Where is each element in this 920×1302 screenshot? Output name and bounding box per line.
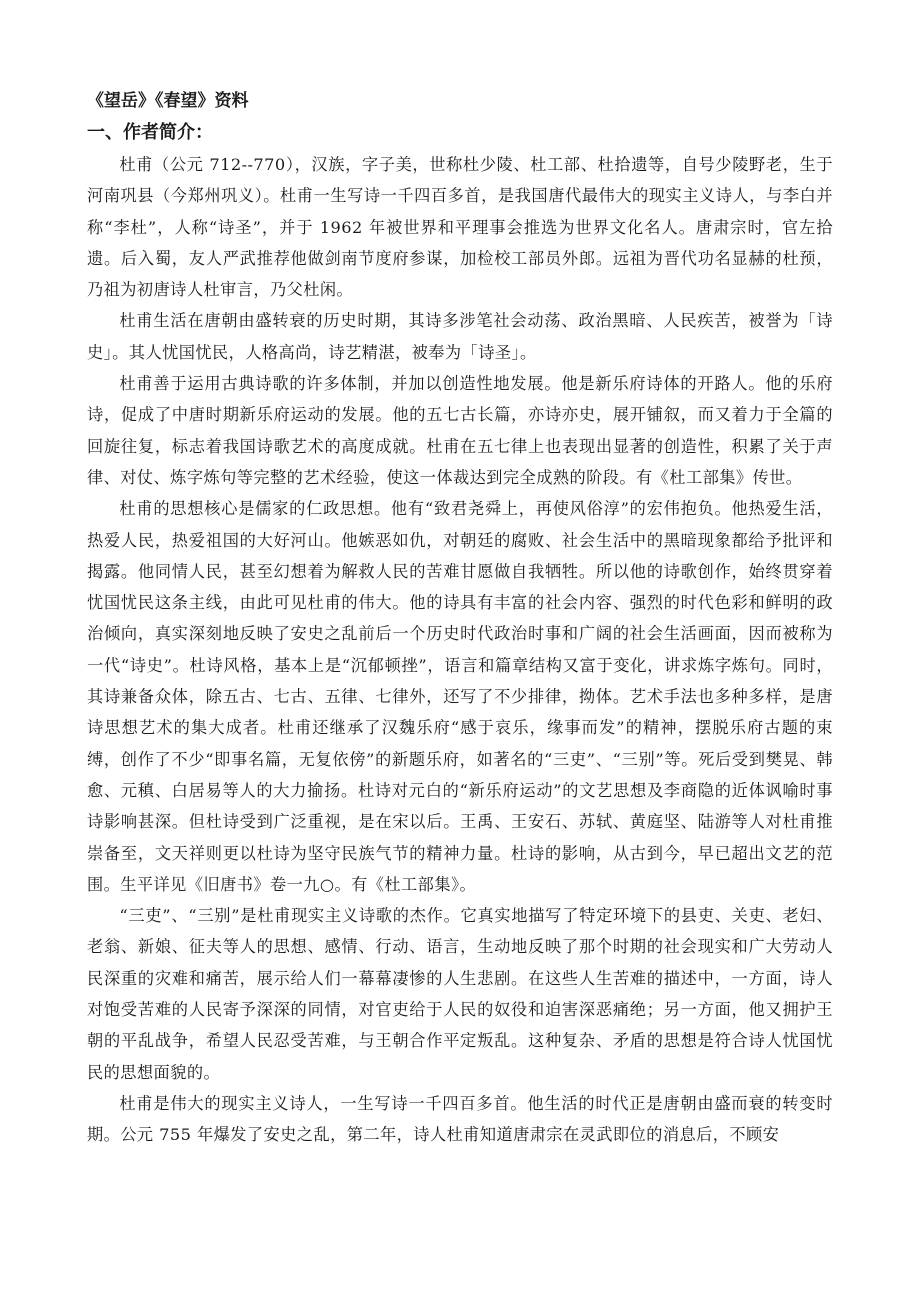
paragraph-realist-poet: 杜甫是伟大的现实主义诗人，一生写诗一千四百多首。他生活的时代正是唐朝由盛而衰的转…	[87, 1088, 833, 1151]
paragraph-historical-period: 杜甫生活在唐朝由盛转衰的历史时期，其诗多涉笔社会动荡、政治黑暗、人民疾苦，被誉为…	[87, 305, 833, 368]
paragraph-biography: 杜甫（公元 712--770），汉族，字子美，世称杜少陵、杜工部、杜拾遗等，自号…	[87, 149, 833, 305]
paragraph-poetic-forms: 杜甫善于运用古典诗歌的许多体制，并加以创造性地发展。他是新乐府诗体的开路人。他的…	[87, 368, 833, 493]
section-heading-author-intro: 一、作者简介：	[87, 119, 833, 147]
document-page: 《望岳》《春望》资料 一、作者简介： 杜甫（公元 712--770），汉族，字子…	[87, 88, 833, 1151]
document-title: 《望岳》《春望》资料	[87, 88, 833, 114]
paragraph-three-officials-three-partings: “三吏”、“三别”是杜甫现实主义诗歌的杰作。它真实地描写了特定环境下的县吏、关吏…	[87, 900, 833, 1088]
paragraph-core-thought: 杜甫的思想核心是儒家的仁政思想。他有“致君尧舜上，再使风俗淳”的宏伟抱负。他热爱…	[87, 493, 833, 900]
